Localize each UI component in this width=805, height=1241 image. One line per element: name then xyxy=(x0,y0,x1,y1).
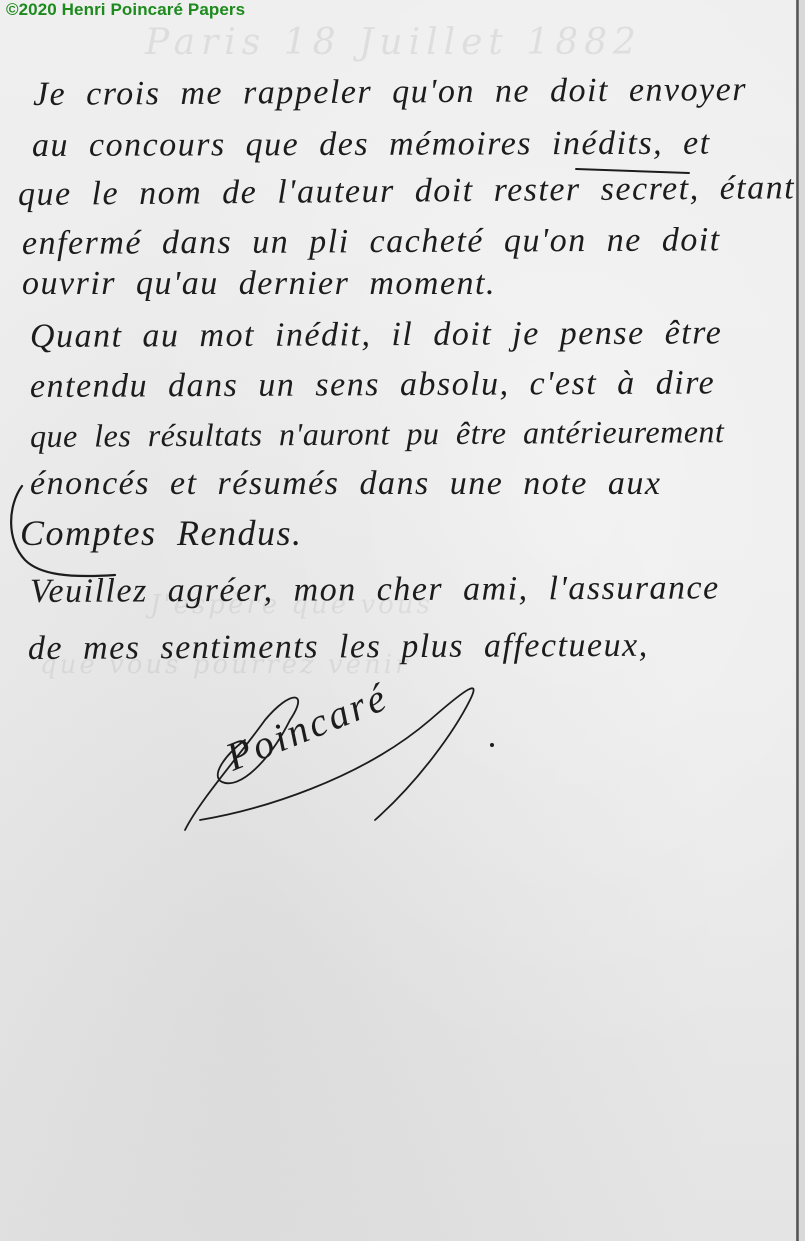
letter-line: que les résultats n'auront pu être antér… xyxy=(30,413,725,455)
letter-line: ouvrir qu'au dernier moment. xyxy=(22,265,496,303)
letter-line: Veuillez agréer, mon cher ami, l'assuran… xyxy=(30,569,720,611)
copyright-watermark: ©2020 Henri Poincaré Papers xyxy=(6,0,245,20)
letter-line: de mes sentiments les plus affectueux, xyxy=(28,627,649,668)
bleed-through-header: Paris 18 Juillet 1882 xyxy=(145,22,642,63)
letter-line: que le nom de l'auteur doit rester secre… xyxy=(18,169,795,214)
letter-line: Quant au mot inédit, il doit je pense êt… xyxy=(30,314,722,356)
letter-line: énoncés et résumés dans une note aux xyxy=(30,465,661,503)
page-edge-shadow xyxy=(799,0,805,1241)
letter-line: enfermé dans un pli cacheté qu'on ne doi… xyxy=(22,221,721,263)
letter-line: Je crois me rappeler qu'on ne doit envoy… xyxy=(33,71,747,114)
letter-line: entendu dans un sens absolu, c'est à dir… xyxy=(30,364,715,406)
letter-line: au concours que des mémoires inédits, et xyxy=(32,125,711,165)
letter-line: Comptes Rendus. xyxy=(20,512,302,554)
